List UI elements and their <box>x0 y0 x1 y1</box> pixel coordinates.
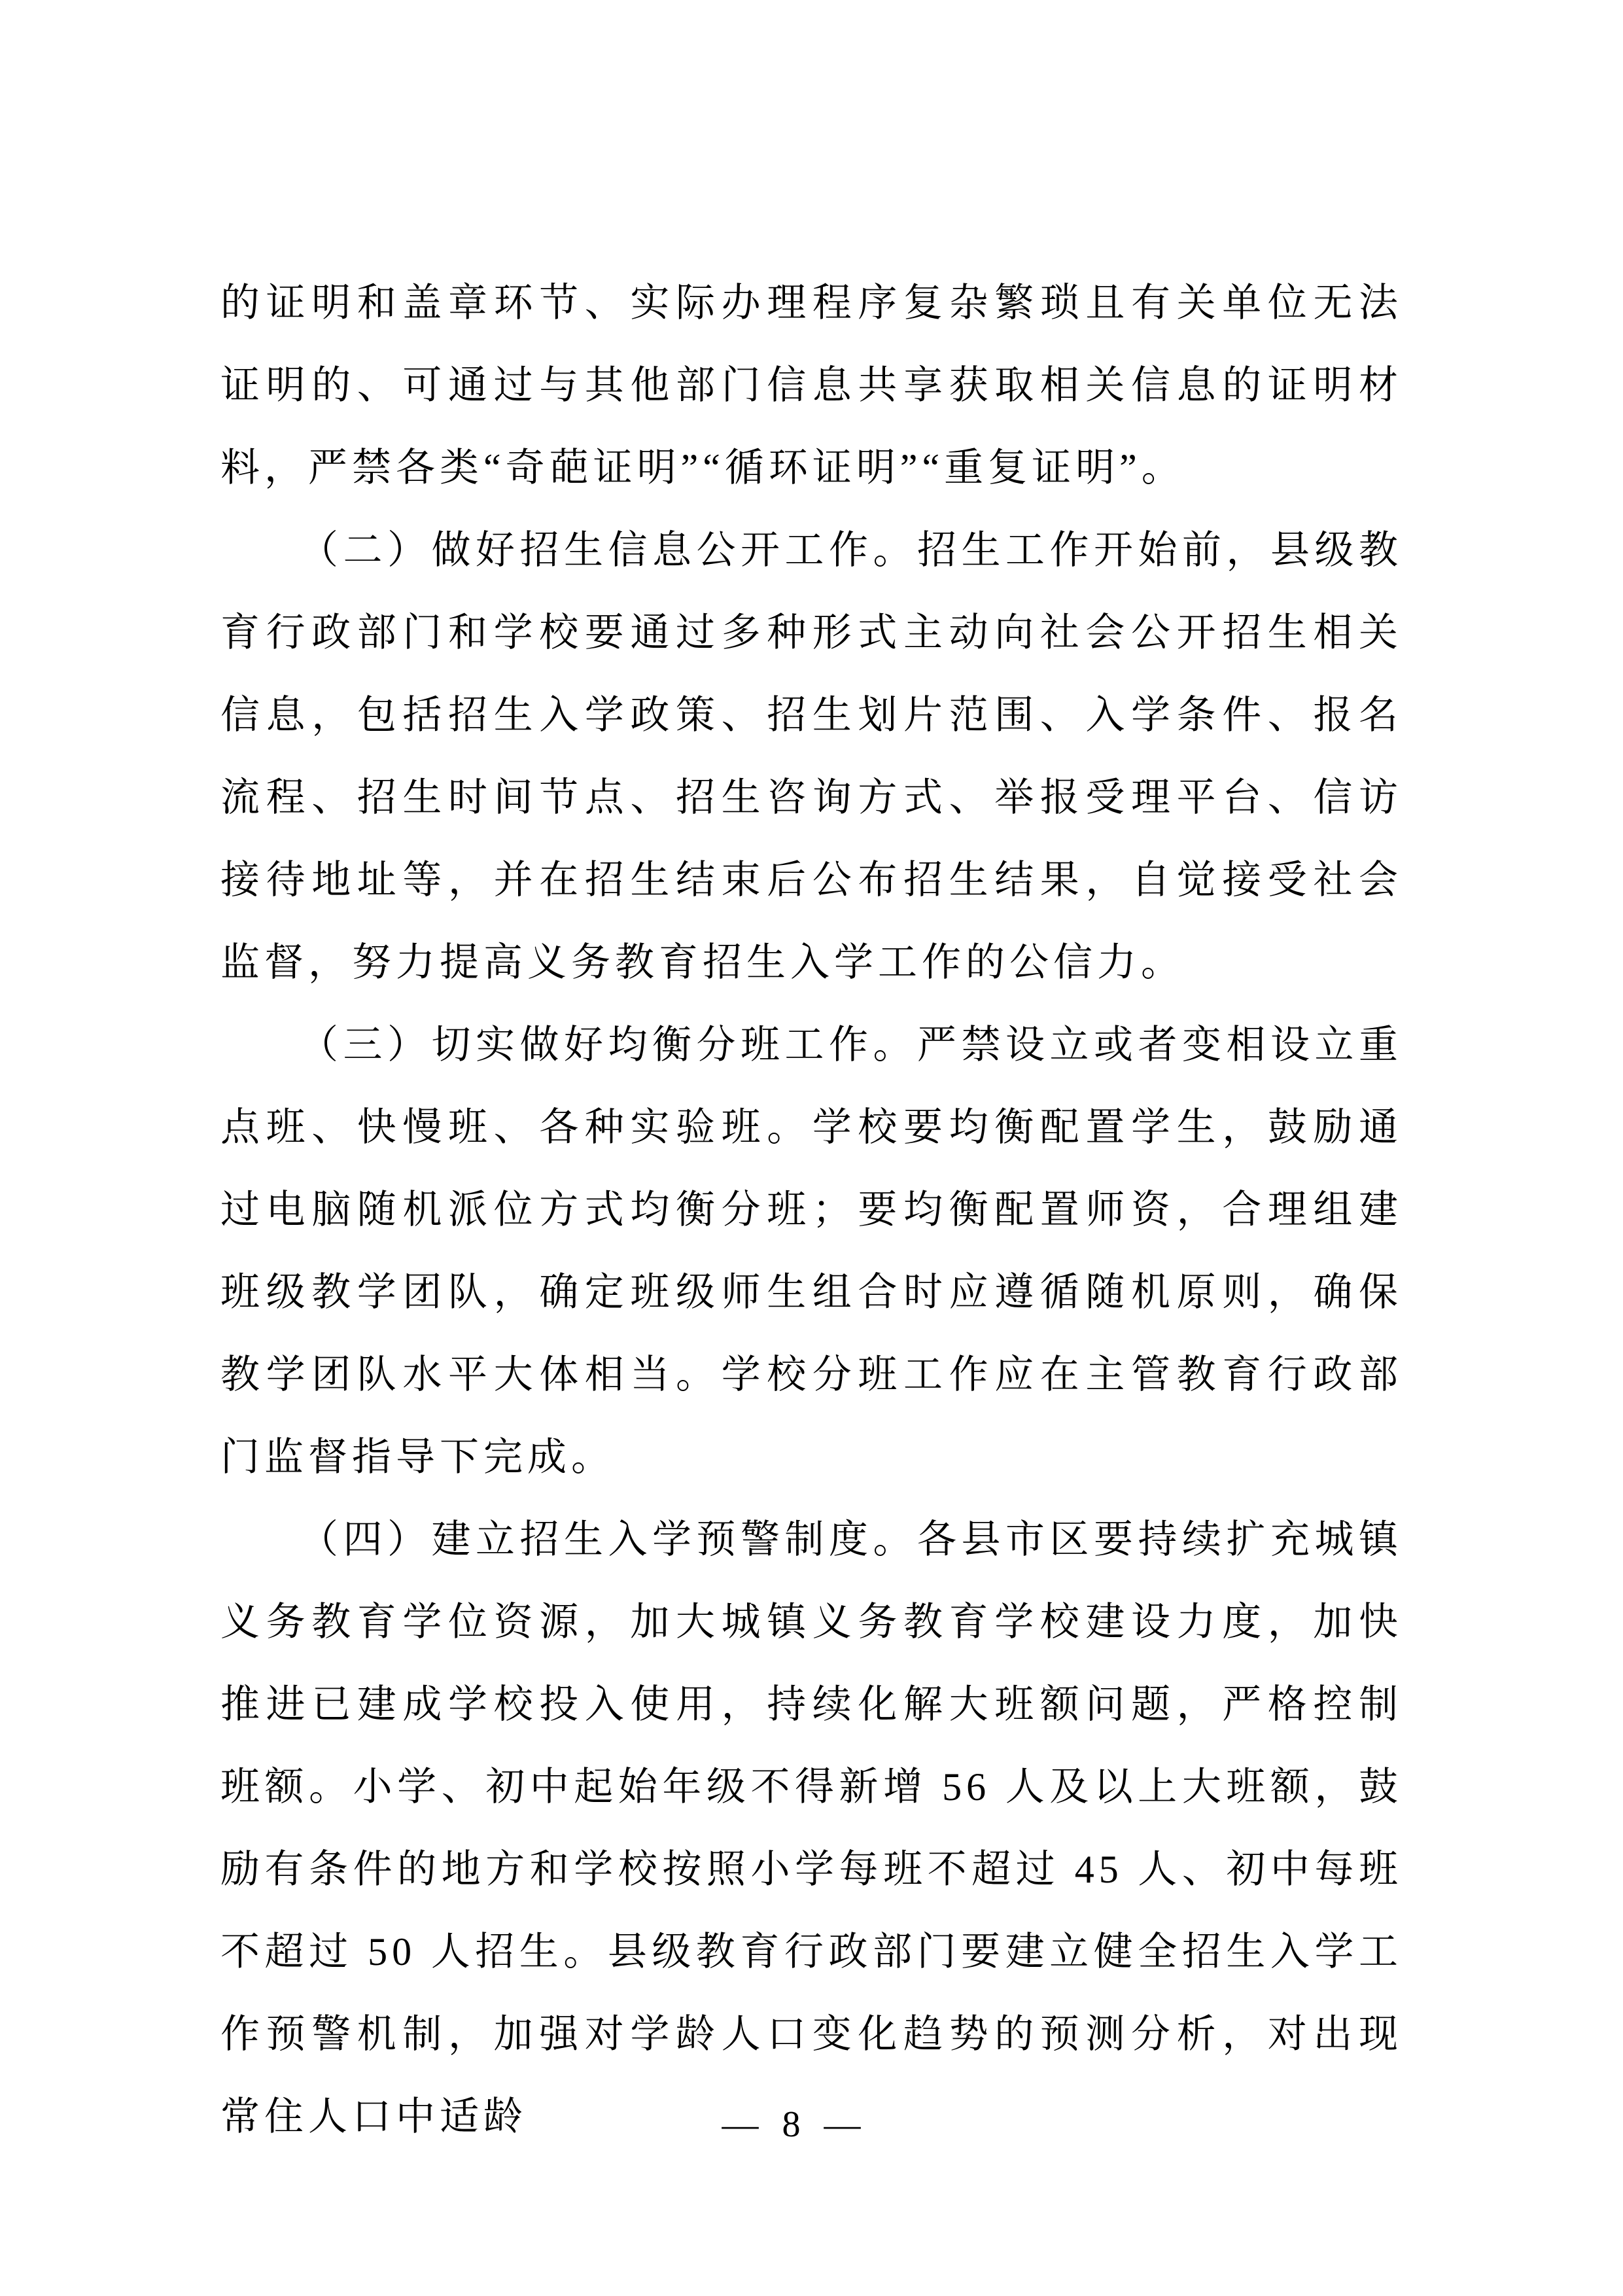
paragraph-section-4: （四）建立招生入学预警制度。各县市区要持续扩充城镇义务教育学位资源，加大城镇义务… <box>220 1498 1403 2158</box>
section-heading: （三）切实做好均衡分班工作。 <box>299 1023 917 1067</box>
section-heading: （四）建立招生入学预警制度。 <box>299 1518 917 1561</box>
body-text: 的证明和盖章环节、实际办理程序复杂繁琐且有关单位无法证明的、可通过与其他部门信息… <box>220 281 1403 489</box>
paragraph-continuation: 的证明和盖章环节、实际办理程序复杂繁琐且有关单位无法证明的、可通过与其他部门信息… <box>220 262 1403 509</box>
body-text: 严禁设立或者变相设立重点班、快慢班、各种实验班。学校要均衡配置学生，鼓励通过电脑… <box>220 1023 1403 1479</box>
section-heading: （二）做好招生信息公开工作。 <box>299 529 917 572</box>
paragraph-section-3: （三）切实做好均衡分班工作。严禁设立或者变相设立重点班、快慢班、各种实验班。学校… <box>220 1004 1403 1498</box>
body-text: 各县市区要持续扩充城镇义务教育学位资源，加大城镇义务教育学校建设力度，加快推进已… <box>220 1518 1403 2138</box>
document-body: 的证明和盖章环节、实际办理程序复杂繁琐且有关单位无法证明的、可通过与其他部门信息… <box>220 262 1403 2158</box>
paragraph-section-2: （二）做好招生信息公开工作。招生工作开始前，县级教育行政部门和学校要通过多种形式… <box>220 509 1403 1004</box>
body-text: 招生工作开始前，县级教育行政部门和学校要通过多种形式主动向社会公开招生相关信息，… <box>220 529 1403 984</box>
document-page: 的证明和盖章环节、实际办理程序复杂繁琐且有关单位无法证明的、可通过与其他部门信息… <box>0 0 1623 2296</box>
page-number-footer: — 8 — <box>0 2102 1584 2147</box>
